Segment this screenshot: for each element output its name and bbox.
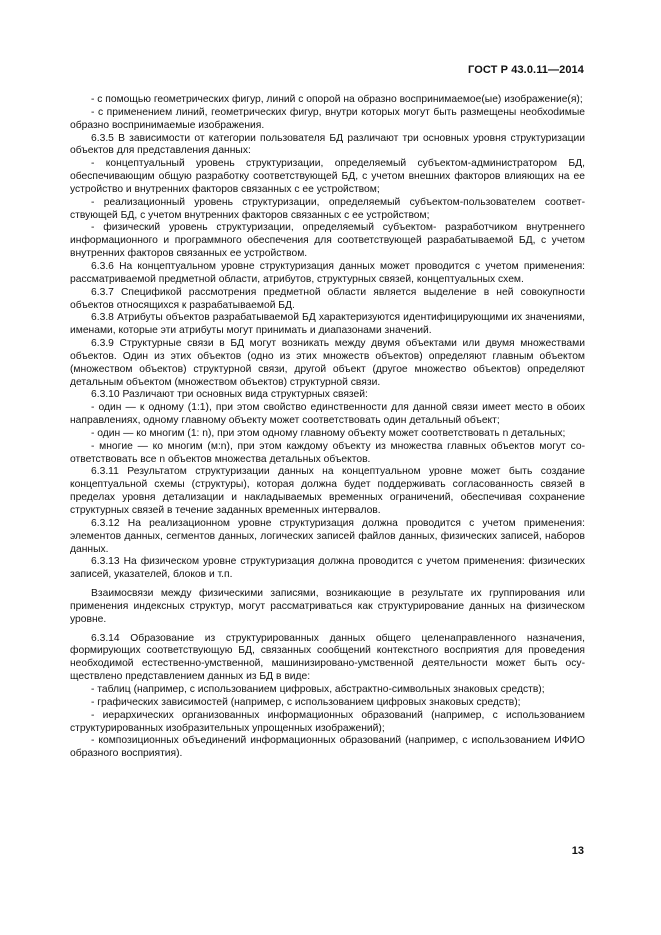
list-item-lines-figures: - с применением линий, геометрических фи… (70, 107, 585, 133)
clause-6-3-14: 6.3.14 Образование из структурированных … (70, 633, 585, 684)
list-item-tables: - таблиц (например, с использованием циф… (70, 684, 585, 697)
clause-6-3-9: 6.3.9 Структурные связи в БД могут возни… (70, 338, 585, 389)
list-item-physical-level: - физический уровень структуризации, опр… (70, 222, 585, 261)
paragraph-physical-interrelations: Взаимосвязи между физическими записями, … (70, 588, 585, 627)
clause-6-3-5: 6.3.5 В зависимости от категории пользов… (70, 133, 585, 159)
clause-6-3-11: 6.3.11 Результатом структуризации данных… (70, 466, 585, 517)
document-standard-id: ГОСТ Р 43.0.11—2014 (468, 64, 584, 76)
list-item-one-to-one: - один — к одному (1:1), при этом свойст… (70, 402, 585, 428)
clause-6-3-6: 6.3.6 На концептуальном уровне структури… (70, 261, 585, 287)
document-body: - с помощью геометрических фигур, линий … (70, 94, 585, 761)
list-item-geometric-figures: - с помощью геометрических фигур, линий … (70, 94, 585, 107)
list-item-compositional: - композиционных объединений информацион… (70, 735, 585, 761)
clause-6-3-12: 6.3.12 На реализационном уровне структур… (70, 518, 585, 557)
list-item-hierarchical: - иерархических организованных информаци… (70, 710, 585, 736)
list-item-one-to-many: - один — ко многим (1: n), при этом одно… (70, 428, 585, 441)
clause-6-3-8: 6.3.8 Атрибуты объектов разрабатываемой … (70, 312, 585, 338)
clause-6-3-13: 6.3.13 На физическом уровне структуризац… (70, 556, 585, 582)
page-number: 13 (572, 845, 584, 857)
list-item-conceptual-level: - концептуальный уровень структуризации,… (70, 158, 585, 197)
list-item-many-to-many: - многие — ко многим (м:n), при этом каж… (70, 441, 585, 467)
clause-6-3-10: 6.3.10 Различают три основных вида струк… (70, 389, 585, 402)
clause-6-3-7: 6.3.7 Спецификой рассмотрения предметной… (70, 287, 585, 313)
list-item-graphs: - графических зависимостей (например, с … (70, 697, 585, 710)
list-item-implementation-level: - реализационный уровень структуризации,… (70, 197, 585, 223)
